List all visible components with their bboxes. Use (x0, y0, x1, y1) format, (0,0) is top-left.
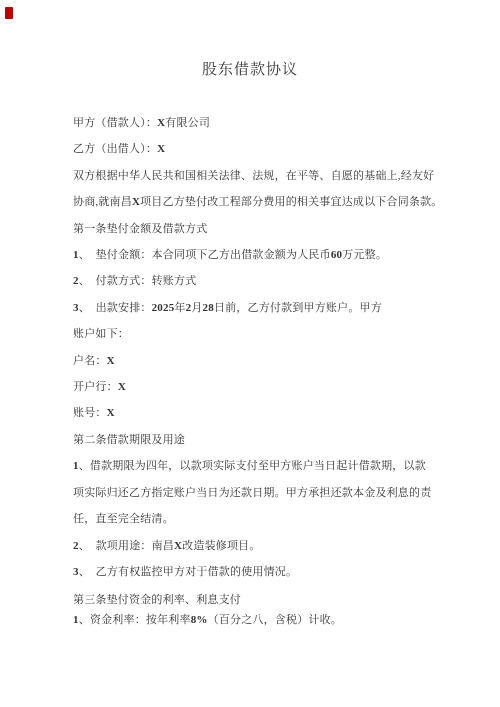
document-title: 股东借款协议 (0, 58, 500, 79)
document-line: 第一条垫付金额及借款方式 (73, 216, 445, 242)
document-line: 户名：X (73, 348, 445, 374)
document-line: 3、 出款安排：2025年2月28日前，乙方付款到甲方账户。甲方 (73, 295, 445, 321)
document-line: 开户行：X (73, 374, 445, 400)
document-line: 乙方（出借人）：X (73, 136, 445, 162)
document-line: 1、借款期限为四年，以款项实际支付至甲方账户当日起计借款期，以款 (73, 453, 445, 479)
document-line: 账号：X (73, 400, 445, 426)
document-line: 账户如下： (73, 321, 445, 347)
document-line: 任，直至完全结清。 (73, 506, 445, 532)
document-line: 1、资金利率：按年利率8%（百分之八，含税）计收。 (73, 607, 445, 633)
document-line: 协商,就南昌X项目乙方垫付改工程部分费用的相关事宜达成以下合同条款。 (73, 189, 445, 215)
document-line: 第二条借款期限及用途 (73, 427, 445, 453)
document-line: 双方根据中华人民共和国相关法律、法规，在平等、自愿的基础上,经友好 (73, 163, 445, 189)
document-line: 2、 付款方式：转账方式 (73, 268, 445, 294)
document-page: 股东借款协议 甲方（借款人）：X有限公司乙方（出借人）：X双方根据中华人民共和国… (0, 0, 500, 707)
document-line: 项实际归还乙方指定账户当日为还款日期。甲方承担还款本金及利息的责 (73, 480, 445, 506)
document-line: 3、 乙方有权监控甲方对于借款的使用情况。 (73, 559, 445, 585)
document-line: 1、 垫付金额：本合同项下乙方出借款金额为人民币60万元整。 (73, 242, 445, 268)
document-line: 2、 款项用途：南昌X改造装修项目。 (73, 533, 445, 559)
document-line: 甲方（借款人）：X有限公司 (73, 110, 445, 136)
red-corner-marker (5, 7, 13, 19)
document-body: 甲方（借款人）：X有限公司乙方（出借人）：X双方根据中华人民共和国相关法律、法规… (73, 110, 445, 633)
